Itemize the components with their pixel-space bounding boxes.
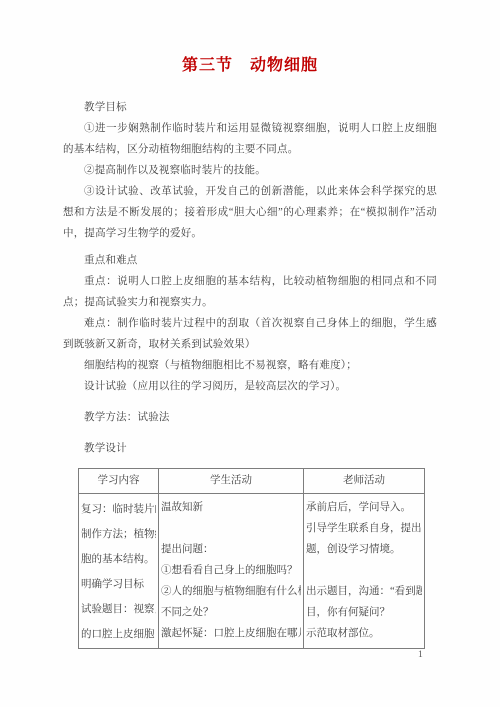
objective-2: ②提高制作以及视察临时装片的技能。 — [63, 160, 437, 181]
cell-line: 提出问题： — [161, 539, 301, 560]
cell-line — [161, 518, 301, 539]
table-header-row: 学习内容 学生活动 老师活动 — [79, 469, 425, 494]
document-body: 第三节 动物细胞 教学目标 ①进一步娴熟制作临时装片和运用显微镜视察细胞，说明人… — [63, 55, 437, 649]
cell-study-content: 复习：临时装片的制作方法；植物细胞的基本结构。明确学习目标试验题目：视察人的口腔… — [79, 494, 159, 649]
document-page: 第三节 动物细胞 教学目标 ①进一步娴熟制作临时装片和运用显微镜视察细胞，说明人… — [0, 0, 500, 707]
cell-line: 试验题目：视察人 — [81, 597, 156, 622]
difficult-point: 难点：制作临时装片过程中的刮取（首次视察自己身体上的细胞，学生感到既骇新又新奇，… — [63, 313, 437, 355]
table-row: 复习：临时装片的制作方法；植物细胞的基本结构。明确学习目标试验题目：视察人的口腔… — [79, 494, 425, 649]
objective-3: ③设计试验、改革试验，开发自己的创新潜能，以此来体会科学探究的思想和方法是不断发… — [63, 181, 437, 244]
teaching-design-heading: 教学设计 — [63, 438, 437, 459]
cell-line: 引导学生联系自身，提出问 — [306, 518, 422, 539]
teaching-method: 教学方法：试验法 — [63, 407, 437, 428]
cell-line: 温故知新 — [161, 497, 301, 518]
cell-line: 复习：临时装片的 — [81, 497, 156, 522]
page-title: 第三节 动物细胞 — [63, 55, 437, 76]
table-body: 复习：临时装片的制作方法；植物细胞的基本结构。明确学习目标试验题目：视察人的口腔… — [79, 494, 425, 649]
cell-line: 明确学习目标 — [81, 572, 156, 597]
cell-line: 承前启后，学问导入。 — [306, 497, 422, 518]
column-header-study-content: 学习内容 — [79, 469, 159, 494]
column-header-student-activity: 学生活动 — [159, 469, 304, 494]
difficult-point-design-experiment: 设计试验（应用以往的学习阅历，是较高层次的学习）。 — [63, 376, 437, 397]
page-number: 1 — [418, 650, 423, 660]
cell-line: 不同之处？ — [161, 602, 301, 623]
cell-teacher-activity: 承前启后，学问导入。引导学生联系自身，提出问题，创设学习情境。 出示题目，沟通：… — [304, 494, 425, 649]
cell-line: 的口腔上皮细胞 — [81, 622, 156, 647]
cell-line: 目，你有何疑问？ — [306, 602, 422, 623]
cell-line: 制作方法；植物细 — [81, 522, 156, 547]
cell-student-activity: 温故知新 提出问题：①想看看自己身上的细胞吗？②人的细胞与植物细胞有什么相同和不… — [159, 494, 304, 649]
teaching-design-table: 学习内容 学生活动 老师活动 复习：临时装片的制作方法；植物细胞的基本结构。明确… — [78, 468, 425, 649]
key-point: 重点：说明人口腔上皮细胞的基本结构，比较动植物细胞的相同点和不同点；提高试验实力… — [63, 271, 437, 313]
objective-1: ①进一步娴熟制作临时装片和运用显微镜视察细胞，说明人口腔上皮细胞的基本结构，区分… — [63, 118, 437, 160]
difficult-point-cell-structure: 细胞结构的视察（与植物细胞相比不易视察，略有难度）； — [63, 355, 437, 376]
cell-line: 题，创设学习情境。 — [306, 539, 422, 560]
key-difficult-heading: 重点和难点 — [63, 250, 437, 271]
cell-line: ①想看看自己身上的细胞吗？ — [161, 560, 301, 581]
objectives-heading: 教学目标 — [63, 97, 437, 118]
cell-line: 出示题目，沟通：“看到题 — [306, 581, 422, 602]
cell-line: ②人的细胞与植物细胞有什么相同和 — [161, 581, 301, 602]
cell-line: 示范取材部位。 — [306, 623, 422, 644]
cell-line: 激起怀疑：口腔上皮细胞在哪儿？怎 — [161, 623, 301, 644]
cell-line — [306, 560, 422, 581]
column-header-teacher-activity: 老师活动 — [304, 469, 425, 494]
cell-line: 胞的基本结构。 — [81, 547, 156, 572]
